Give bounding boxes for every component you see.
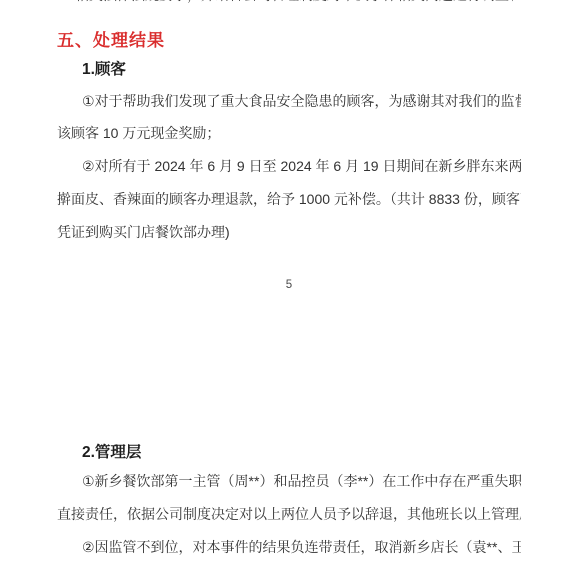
body-line: ②因监管不到位，对本事件的结果负连带责任，取消新乡店长（袁**、王**、庄**、… xyxy=(57,539,521,556)
page-number: 5 xyxy=(0,279,578,291)
body-line: 擀面皮、香辣面的顾客办理退款，给予 1000 元补偿。（共计 8833 份，顾客… xyxy=(57,191,521,208)
section-heading: 五、处理结果 xyxy=(57,26,165,51)
subsection-title-customer: 1.顾客 xyxy=(82,57,126,79)
body-line: ①新乡餐饮部第一主管（周**）和品控员（李**）在工作中存在严重失职，对本事件负 xyxy=(57,473,521,490)
body-line: 凭证到购买门店餐饮部办理) xyxy=(57,224,521,241)
body-line: 该顾客 10 万元现金奖励； xyxy=(57,125,521,142)
body-line: ②对所有于 2024 年 6 月 9 日至 2024 年 6 月 19 日期间在… xyxy=(57,158,521,175)
clipped-text-line: 相关法律法规要求，并结合公司管理制度对本次事件相关问题进行调查和处理。 xyxy=(75,0,513,4)
document-page: 相关法律法规要求，并结合公司管理制度对本次事件相关问题进行调查和处理。 五、处理… xyxy=(0,0,578,570)
subsection-title-management: 2.管理层 xyxy=(82,440,141,462)
body-line: ①对于帮助我们发现了重大食品安全隐患的顾客，为感谢其对我们的监督和帮助，给予 xyxy=(57,93,521,110)
body-line: 直接责任，依据公司制度决定对以上两位人员予以辞退，其他班长以上管理层全部予以免职… xyxy=(57,506,521,523)
